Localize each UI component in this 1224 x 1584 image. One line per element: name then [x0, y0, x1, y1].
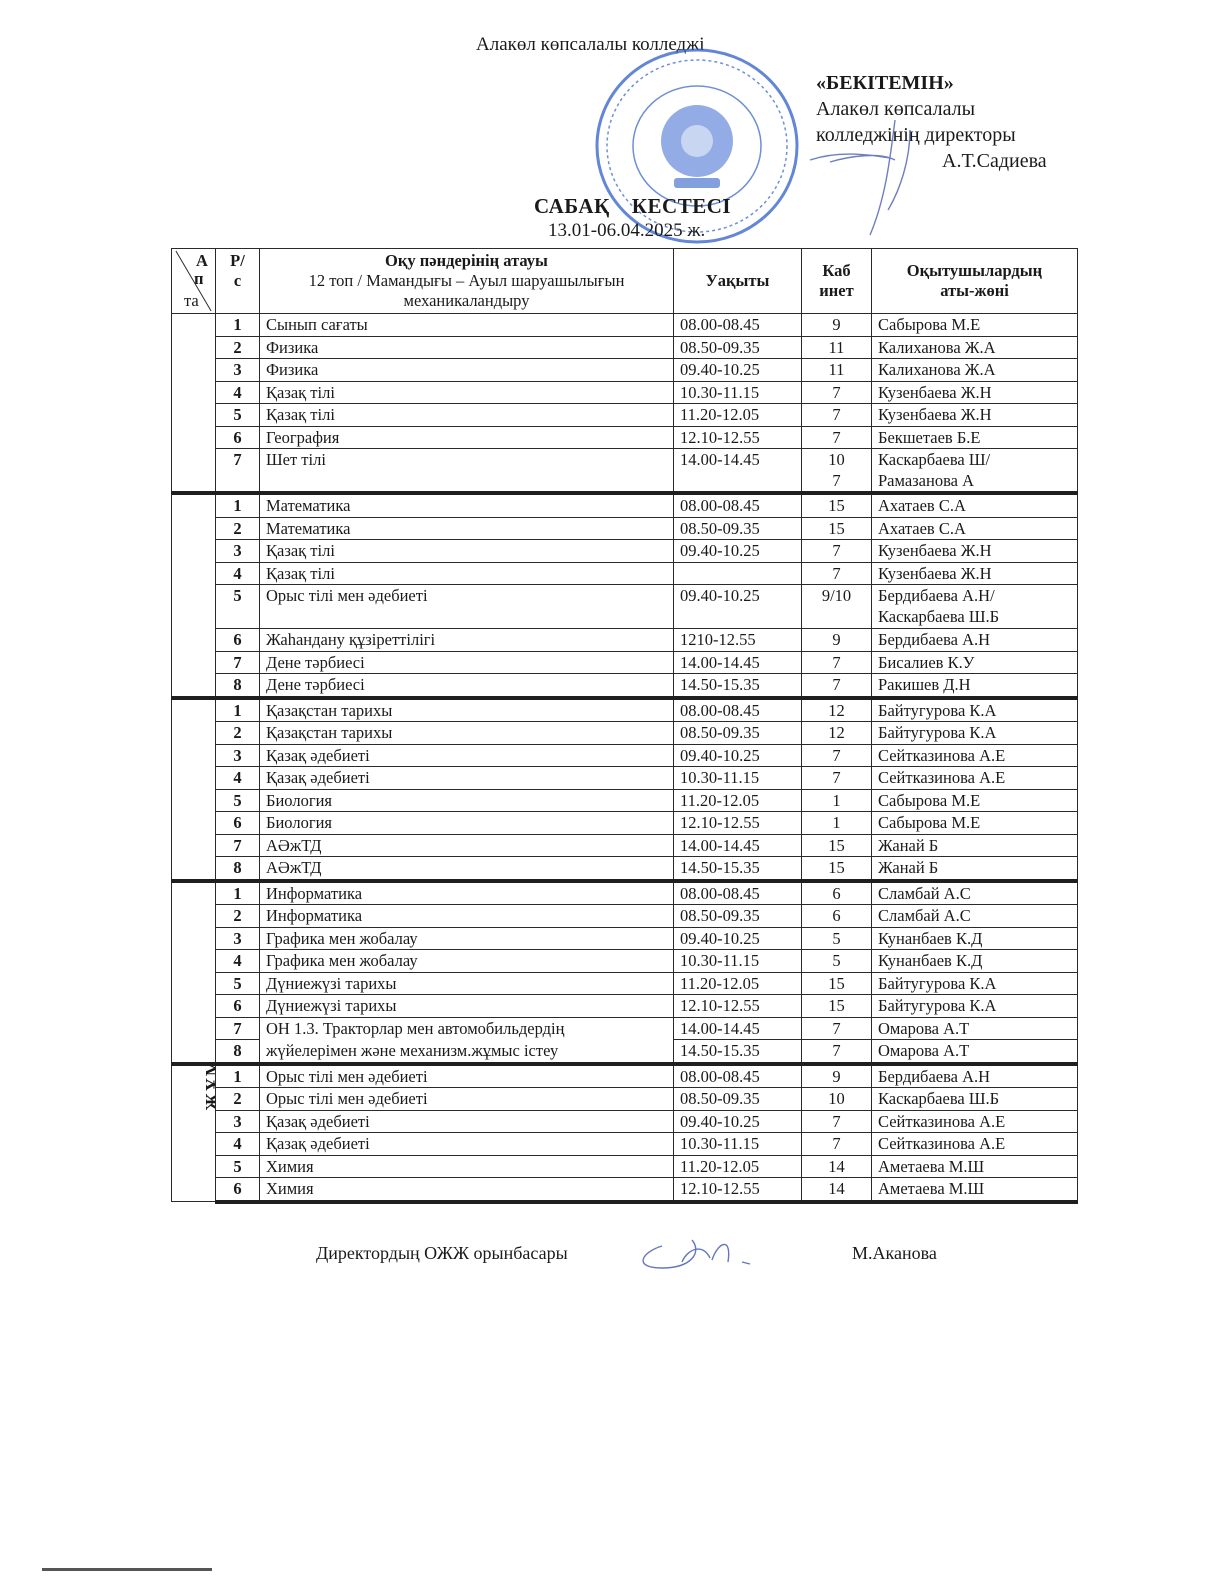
time-cell: 11.20-12.05 — [674, 1155, 802, 1178]
lesson-number: 2 — [216, 517, 260, 540]
table-row: 4Графика мен жобалау10.30-11.155Кунанбае… — [172, 950, 1078, 973]
time-cell — [674, 562, 802, 585]
lesson-number: 6 — [216, 812, 260, 835]
teacher-cell: Бекшетаев Б.Е — [872, 426, 1078, 449]
lesson-number: 2 — [216, 1088, 260, 1111]
time-cell: 14.00-14.45 — [674, 1017, 802, 1040]
room-cell: 9 — [802, 314, 872, 337]
table-row: 4Қазақ тілі7Кузенбаева Ж.Н — [172, 562, 1078, 585]
time-cell: 14.50-15.35 — [674, 1040, 802, 1064]
time-cell: 11.20-12.05 — [674, 972, 802, 995]
lesson-number: 8 — [216, 1040, 260, 1064]
lesson-number: 4 — [216, 1133, 260, 1156]
subject-cell: Сынып сағаты — [260, 314, 674, 337]
lesson-number: 6 — [216, 629, 260, 652]
day-label: БЕЙСЕНБІ — [172, 881, 216, 1064]
room-cell: 15 — [802, 857, 872, 881]
time-cell: 08.50-09.35 — [674, 517, 802, 540]
room-cell: 7 — [802, 1133, 872, 1156]
schedule-table: А п та Р/ с Оқу пәндерінің атауы 12 топ … — [171, 248, 1078, 1204]
lesson-number: 6 — [216, 995, 260, 1018]
title-word-1: САБАҚ — [534, 194, 610, 218]
table-row: 5Дүниежүзі тарихы11.20-12.0515Байтугуров… — [172, 972, 1078, 995]
teacher-cell: Сейтказинова А.Е — [872, 744, 1078, 767]
time-cell: 10.30-11.15 — [674, 950, 802, 973]
teacher-cell: Аметаева М.Ш — [872, 1178, 1078, 1202]
lesson-number: 5 — [216, 789, 260, 812]
room-cell: 1 — [802, 789, 872, 812]
room-cell: 107 — [802, 449, 872, 494]
subject-cell: Орыс тілі мен әдебиеті — [260, 585, 674, 629]
lesson-number: 1 — [216, 314, 260, 337]
room-cell: 9/10 — [802, 585, 872, 629]
lesson-number: 8 — [216, 857, 260, 881]
table-row: 3Қазақ әдебиеті09.40-10.257Сейтказинова … — [172, 1110, 1078, 1133]
table-row: 4Қазақ әдебиеті10.30-11.157Сейтказинова … — [172, 767, 1078, 790]
teacher-cell: Каскарбаева Ш/Рамазанова А — [872, 449, 1078, 494]
lesson-number: 3 — [216, 540, 260, 563]
room-cell: 7 — [802, 767, 872, 790]
subject-cell: Дүниежүзі тарихы — [260, 972, 674, 995]
table-row: 7Дене тәрбиесі14.00-14.457Бисалиев К.У — [172, 651, 1078, 674]
subject-cell: Қазақ әдебиеті — [260, 767, 674, 790]
time-cell: 10.30-11.15 — [674, 1133, 802, 1156]
table-row: 2Информатика08.50-09.356Сламбай А.С — [172, 905, 1078, 928]
time-cell: 08.00-08.45 — [674, 314, 802, 337]
lesson-number: 3 — [216, 1110, 260, 1133]
room-cell: 9 — [802, 1064, 872, 1088]
time-cell: 09.40-10.25 — [674, 927, 802, 950]
lesson-number: 2 — [216, 905, 260, 928]
teacher-cell: Сейтказинова А.Е — [872, 1133, 1078, 1156]
subject-cell: География — [260, 426, 674, 449]
subject-cell: Қазақ тілі — [260, 404, 674, 427]
header-room: Каб инет — [802, 249, 872, 314]
lesson-number: 5 — [216, 972, 260, 995]
room-cell: 15 — [802, 517, 872, 540]
room-cell: 7 — [802, 426, 872, 449]
teacher-cell: Сейтказинова А.Е — [872, 767, 1078, 790]
teacher-cell: Омарова А.Т — [872, 1017, 1078, 1040]
teacher-cell: Байтугурова К.А — [872, 995, 1078, 1018]
lesson-number: 7 — [216, 449, 260, 494]
table-row: 5Орыс тілі мен әдебиеті09.40-10.259/10Бе… — [172, 585, 1078, 629]
table-row: СӘРСЕНБІ1Қазақстан тарихы08.00-08.4512Ба… — [172, 698, 1078, 722]
time-cell: 1210-12.55 — [674, 629, 802, 652]
subject-cell: Дене тәрбиесі — [260, 674, 674, 698]
day-label: СЕЙСЕНБІ — [172, 493, 216, 698]
room-cell: 15 — [802, 972, 872, 995]
table-row: 6Дүниежүзі тарихы12.10-12.5515Байтугуров… — [172, 995, 1078, 1018]
lesson-number: 3 — [216, 927, 260, 950]
room-cell: 12 — [802, 722, 872, 745]
subject-cell: Дүниежүзі тарихы — [260, 995, 674, 1018]
lesson-number: 1 — [216, 881, 260, 905]
table-row: 7Шет тілі14.00-14.45107Каскарбаева Ш/Рам… — [172, 449, 1078, 494]
footer-name: М.Аканова — [852, 1243, 937, 1264]
teacher-cell: Сламбай А.С — [872, 905, 1078, 928]
room-cell: 1 — [802, 812, 872, 835]
teacher-cell: Бердибаева А.Н/Каскарбаева Ш.Б — [872, 585, 1078, 629]
teacher-cell: Калиханова Ж.А — [872, 359, 1078, 382]
time-cell: 14.00-14.45 — [674, 449, 802, 494]
room-cell: 11 — [802, 359, 872, 382]
time-cell: 09.40-10.25 — [674, 744, 802, 767]
subject-cell: Орыс тілі мен әдебиеті — [260, 1088, 674, 1111]
time-cell: 08.00-08.45 — [674, 1064, 802, 1088]
room-cell: 7 — [802, 404, 872, 427]
subject-cell: Қазақ тілі — [260, 562, 674, 585]
time-cell: 09.40-10.25 — [674, 359, 802, 382]
lesson-number: 1 — [216, 493, 260, 517]
subject-cell: Қазақ әдебиеті — [260, 1133, 674, 1156]
teacher-cell: Кунанбаев К.Д — [872, 950, 1078, 973]
table-row: 3Қазақ тілі09.40-10.257Кузенбаева Ж.Н — [172, 540, 1078, 563]
teacher-cell: Байтугурова К.А — [872, 698, 1078, 722]
room-cell: 5 — [802, 950, 872, 973]
lesson-number: 6 — [216, 426, 260, 449]
table-row: 7ОН 1.3. Тракторлар мен автомобильдердің… — [172, 1017, 1078, 1040]
table-row: ЖҰМА1Орыс тілі мен әдебиеті08.00-08.459Б… — [172, 1064, 1078, 1088]
subject-cell: Математика — [260, 517, 674, 540]
room-cell: 7 — [802, 674, 872, 698]
table-row: 6Биология12.10-12.551Сабырова М.Е — [172, 812, 1078, 835]
time-cell: 12.10-12.55 — [674, 426, 802, 449]
approve-title: «БЕКІТЕМІН» — [816, 70, 1047, 96]
table-row: 7АӘжТД14.00-14.4515Жанай Б — [172, 834, 1078, 857]
day-label: СӘРСЕНБІ — [172, 698, 216, 881]
time-cell: 14.50-15.35 — [674, 674, 802, 698]
day-label: ЖҰМА — [172, 1064, 216, 1202]
room-cell: 15 — [802, 834, 872, 857]
lesson-number: 5 — [216, 404, 260, 427]
title-word-2: КЕСТЕСІ — [632, 194, 731, 218]
lesson-number: 4 — [216, 767, 260, 790]
teacher-cell: Ахатаев С.А — [872, 517, 1078, 540]
time-cell: 14.50-15.35 — [674, 857, 802, 881]
lesson-number: 7 — [216, 651, 260, 674]
teacher-cell: Байтугурова К.А — [872, 972, 1078, 995]
lesson-number: 2 — [216, 722, 260, 745]
room-cell: 14 — [802, 1178, 872, 1202]
teacher-cell: Сабырова М.Е — [872, 789, 1078, 812]
subject-cell: Дене тәрбиесі — [260, 651, 674, 674]
room-cell: 10 — [802, 1088, 872, 1111]
time-cell: 08.50-09.35 — [674, 336, 802, 359]
table-row: БЕЙСЕНБІ1Информатика08.00-08.456Сламбай … — [172, 881, 1078, 905]
table-row: 3Физика09.40-10.2511Калиханова Ж.А — [172, 359, 1078, 382]
table-row: 6География12.10-12.557Бекшетаев Б.Е — [172, 426, 1078, 449]
table-row: 4Қазақ тілі10.30-11.157Кузенбаева Ж.Н — [172, 381, 1078, 404]
lesson-number: 1 — [216, 1064, 260, 1088]
room-cell: 12 — [802, 698, 872, 722]
header-time: Уақыты — [674, 249, 802, 314]
header-teacher: Оқытушылардың аты-жөні — [872, 249, 1078, 314]
room-cell: 6 — [802, 881, 872, 905]
lesson-number: 2 — [216, 336, 260, 359]
lesson-number: 1 — [216, 698, 260, 722]
subject-cell: Қазақ тілі — [260, 381, 674, 404]
lesson-number: 5 — [216, 585, 260, 629]
table-row: 8жүйелерімен және механизм.жұмыс істеу14… — [172, 1040, 1078, 1064]
lesson-number: 7 — [216, 834, 260, 857]
teacher-cell: Кузенбаева Ж.Н — [872, 562, 1078, 585]
director-signature-icon — [800, 100, 960, 240]
lesson-number: 7 — [216, 1017, 260, 1040]
table-row: 5Химия11.20-12.0514Аметаева М.Ш — [172, 1155, 1078, 1178]
lesson-number: 5 — [216, 1155, 260, 1178]
time-cell: 11.20-12.05 — [674, 404, 802, 427]
room-cell: 7 — [802, 651, 872, 674]
subject-cell: Биология — [260, 789, 674, 812]
subject-cell: Химия — [260, 1155, 674, 1178]
time-cell: 10.30-11.15 — [674, 767, 802, 790]
teacher-cell: Сейтказинова А.Е — [872, 1110, 1078, 1133]
room-cell: 7 — [802, 562, 872, 585]
time-cell: 08.50-09.35 — [674, 1088, 802, 1111]
teacher-cell: Сламбай А.С — [872, 881, 1078, 905]
scan-edge-divider — [42, 1568, 212, 1571]
table-row: 8Дене тәрбиесі14.50-15.357Ракишев Д.Н — [172, 674, 1078, 698]
teacher-cell: Каскарбаева Ш.Б — [872, 1088, 1078, 1111]
subject-cell: Информатика — [260, 881, 674, 905]
time-cell: 09.40-10.25 — [674, 1110, 802, 1133]
time-cell: 11.20-12.05 — [674, 789, 802, 812]
subject-cell: жүйелерімен және механизм.жұмыс істеу — [260, 1040, 674, 1064]
table-row: 2Қазақстан тарихы08.50-09.3512Байтугуров… — [172, 722, 1078, 745]
room-cell: 5 — [802, 927, 872, 950]
teacher-cell: Сабырова М.Е — [872, 812, 1078, 835]
schedule-dates: 13.01-06.04.2025 ж. — [548, 220, 705, 242]
subject-cell: Жаһандану құзіреттілігі — [260, 629, 674, 652]
time-cell: 08.50-09.35 — [674, 905, 802, 928]
room-cell: 7 — [802, 744, 872, 767]
time-cell: 08.50-09.35 — [674, 722, 802, 745]
subject-cell: Қазақ әдебиеті — [260, 1110, 674, 1133]
subject-cell: Қазақ әдебиеті — [260, 744, 674, 767]
room-cell: 7 — [802, 1040, 872, 1064]
time-cell: 08.00-08.45 — [674, 881, 802, 905]
subject-cell: Қазақстан тарихы — [260, 722, 674, 745]
subject-cell: Шет тілі — [260, 449, 674, 494]
teacher-cell: Кузенбаева Ж.Н — [872, 540, 1078, 563]
table-row: 5Қазақ тілі11.20-12.057Кузенбаева Ж.Н — [172, 404, 1078, 427]
subject-cell: Графика мен жобалау — [260, 950, 674, 973]
subject-cell: Қазақстан тарихы — [260, 698, 674, 722]
lesson-number: 4 — [216, 950, 260, 973]
teacher-cell: Ракишев Д.Н — [872, 674, 1078, 698]
lesson-number: 4 — [216, 381, 260, 404]
header-subject: Оқу пәндерінің атауы 12 топ / Мамандығы … — [260, 249, 674, 314]
room-cell: 7 — [802, 1017, 872, 1040]
room-cell: 6 — [802, 905, 872, 928]
subject-cell: Химия — [260, 1178, 674, 1202]
lesson-number: 3 — [216, 744, 260, 767]
footer-position: Директордың ОЖЖ орынбасары — [316, 1243, 568, 1264]
teacher-cell: Омарова А.Т — [872, 1040, 1078, 1064]
table-row: 6Химия12.10-12.5514Аметаева М.Ш — [172, 1178, 1078, 1202]
subject-cell: Физика — [260, 359, 674, 382]
lesson-number: 8 — [216, 674, 260, 698]
teacher-cell: Аметаева М.Ш — [872, 1155, 1078, 1178]
time-cell: 14.00-14.45 — [674, 651, 802, 674]
room-cell: 15 — [802, 493, 872, 517]
teacher-cell: Байтугурова К.А — [872, 722, 1078, 745]
lesson-number: 6 — [216, 1178, 260, 1202]
time-cell: 14.00-14.45 — [674, 834, 802, 857]
time-cell: 12.10-12.55 — [674, 1178, 802, 1202]
table-row: СЕЙСЕНБІ1Математика08.00-08.4515Ахатаев … — [172, 493, 1078, 517]
room-cell: 11 — [802, 336, 872, 359]
room-cell: 9 — [802, 629, 872, 652]
room-cell: 14 — [802, 1155, 872, 1178]
time-cell: 09.40-10.25 — [674, 585, 802, 629]
table-row: 2Орыс тілі мен әдебиеті08.50-09.3510Каск… — [172, 1088, 1078, 1111]
teacher-cell: Жанай Б — [872, 834, 1078, 857]
teacher-cell: Калиханова Ж.А — [872, 336, 1078, 359]
table-row: 6Жаһандану құзіреттілігі1210-12.559Берди… — [172, 629, 1078, 652]
table-row: 5Биология11.20-12.051Сабырова М.Е — [172, 789, 1078, 812]
subject-cell: Қазақ тілі — [260, 540, 674, 563]
time-cell: 09.40-10.25 — [674, 540, 802, 563]
room-cell: 7 — [802, 381, 872, 404]
time-cell: 12.10-12.55 — [674, 995, 802, 1018]
time-cell: 10.30-11.15 — [674, 381, 802, 404]
teacher-cell: Кузенбаева Ж.Н — [872, 381, 1078, 404]
teacher-cell: Бердибаева А.Н — [872, 1064, 1078, 1088]
teacher-cell: Бердибаева А.Н — [872, 629, 1078, 652]
teacher-cell: Ахатаев С.А — [872, 493, 1078, 517]
table-row: ДҮЙСЕНБІ1Сынып сағаты08.00-08.459Сабыров… — [172, 314, 1078, 337]
teacher-cell: Бисалиев К.У — [872, 651, 1078, 674]
subject-cell: АӘжТД — [260, 834, 674, 857]
room-cell: 7 — [802, 540, 872, 563]
table-row: 4Қазақ әдебиеті10.30-11.157Сейтказинова … — [172, 1133, 1078, 1156]
subject-cell: Информатика — [260, 905, 674, 928]
subject-cell: Математика — [260, 493, 674, 517]
header-day: А п та — [172, 249, 216, 314]
table-row: 2Математика08.50-09.3515Ахатаев С.А — [172, 517, 1078, 540]
table-row: 3Графика мен жобалау09.40-10.255Кунанбае… — [172, 927, 1078, 950]
time-cell: 08.00-08.45 — [674, 698, 802, 722]
room-cell: 7 — [802, 1110, 872, 1133]
deputy-signature-icon — [632, 1232, 772, 1278]
subject-cell: Орыс тілі мен әдебиеті — [260, 1064, 674, 1088]
teacher-cell: Кунанбаев К.Д — [872, 927, 1078, 950]
subject-cell: Физика — [260, 336, 674, 359]
subject-cell: АӘжТД — [260, 857, 674, 881]
room-cell: 15 — [802, 995, 872, 1018]
header-number: Р/ с — [216, 249, 260, 314]
teacher-cell: Кузенбаева Ж.Н — [872, 404, 1078, 427]
time-cell: 08.00-08.45 — [674, 493, 802, 517]
lesson-number: 3 — [216, 359, 260, 382]
day-label: ДҮЙСЕНБІ — [172, 314, 216, 494]
lesson-number: 4 — [216, 562, 260, 585]
time-cell: 12.10-12.55 — [674, 812, 802, 835]
subject-cell: Графика мен жобалау — [260, 927, 674, 950]
schedule-title: САБАҚКЕСТЕСІ — [534, 194, 731, 219]
table-row: 8АӘжТД14.50-15.3515Жанай Б — [172, 857, 1078, 881]
subject-cell: ОН 1.3. Тракторлар мен автомобильдердің — [260, 1017, 674, 1040]
table-row: 2Физика08.50-09.3511Калиханова Ж.А — [172, 336, 1078, 359]
teacher-cell: Сабырова М.Е — [872, 314, 1078, 337]
teacher-cell: Жанай Б — [872, 857, 1078, 881]
table-row: 3Қазақ әдебиеті09.40-10.257Сейтказинова … — [172, 744, 1078, 767]
subject-cell: Биология — [260, 812, 674, 835]
